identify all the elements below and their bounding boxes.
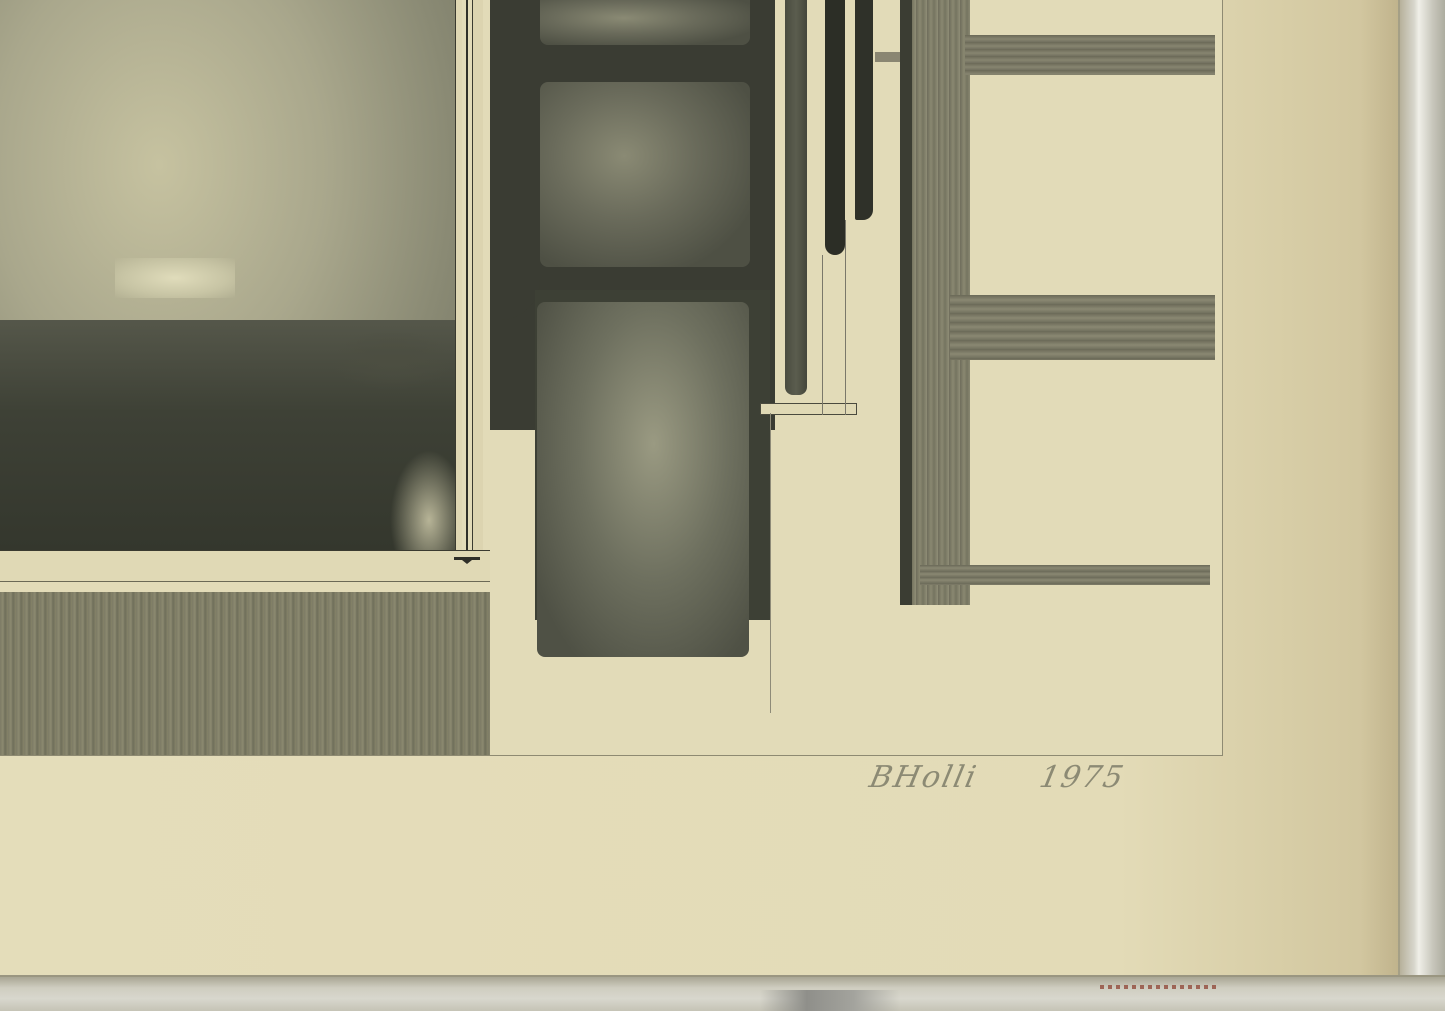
- etching-plate: [0, 0, 1223, 756]
- window-frame-outer: [472, 0, 483, 560]
- pilaster-base: [760, 403, 857, 415]
- stone-block-bottom: [537, 302, 749, 657]
- timber-beam-bottom: [920, 565, 1210, 585]
- signature-year: 1975: [1036, 760, 1128, 795]
- guide-line: [822, 255, 823, 415]
- timber-beam-middle: [950, 295, 1215, 360]
- pilaster-strip-3: [855, 0, 873, 220]
- mat-shadow: [1360, 0, 1400, 975]
- picture-frame-bottom: [0, 975, 1445, 1011]
- guide-line: [770, 413, 771, 713]
- frame-reflection: [760, 990, 900, 1011]
- landscape-shadow: [330, 330, 455, 390]
- stone-block-middle: [540, 82, 750, 267]
- signature-name: BHolli: [866, 760, 981, 795]
- pilaster-strip-1: [785, 0, 807, 395]
- frame-pencil-mark: [1100, 985, 1220, 989]
- timber-post-shadow: [900, 0, 912, 605]
- landscape-highlight: [390, 450, 455, 550]
- cloud-highlight: [115, 258, 235, 298]
- artist-signature: BHolli 1975: [866, 760, 1128, 795]
- stone-block-top: [540, 0, 750, 45]
- picture-frame-right: [1398, 0, 1445, 980]
- window-frame-line: [466, 0, 468, 568]
- guide-line: [845, 220, 846, 415]
- frame-joint-icon: [452, 555, 482, 565]
- timber-beam-top: [965, 35, 1215, 75]
- window-sill: [0, 550, 490, 582]
- window-frame-jamb: [455, 0, 462, 560]
- lower-wall-hatching: [0, 592, 490, 755]
- pilaster-strip-2: [825, 0, 845, 255]
